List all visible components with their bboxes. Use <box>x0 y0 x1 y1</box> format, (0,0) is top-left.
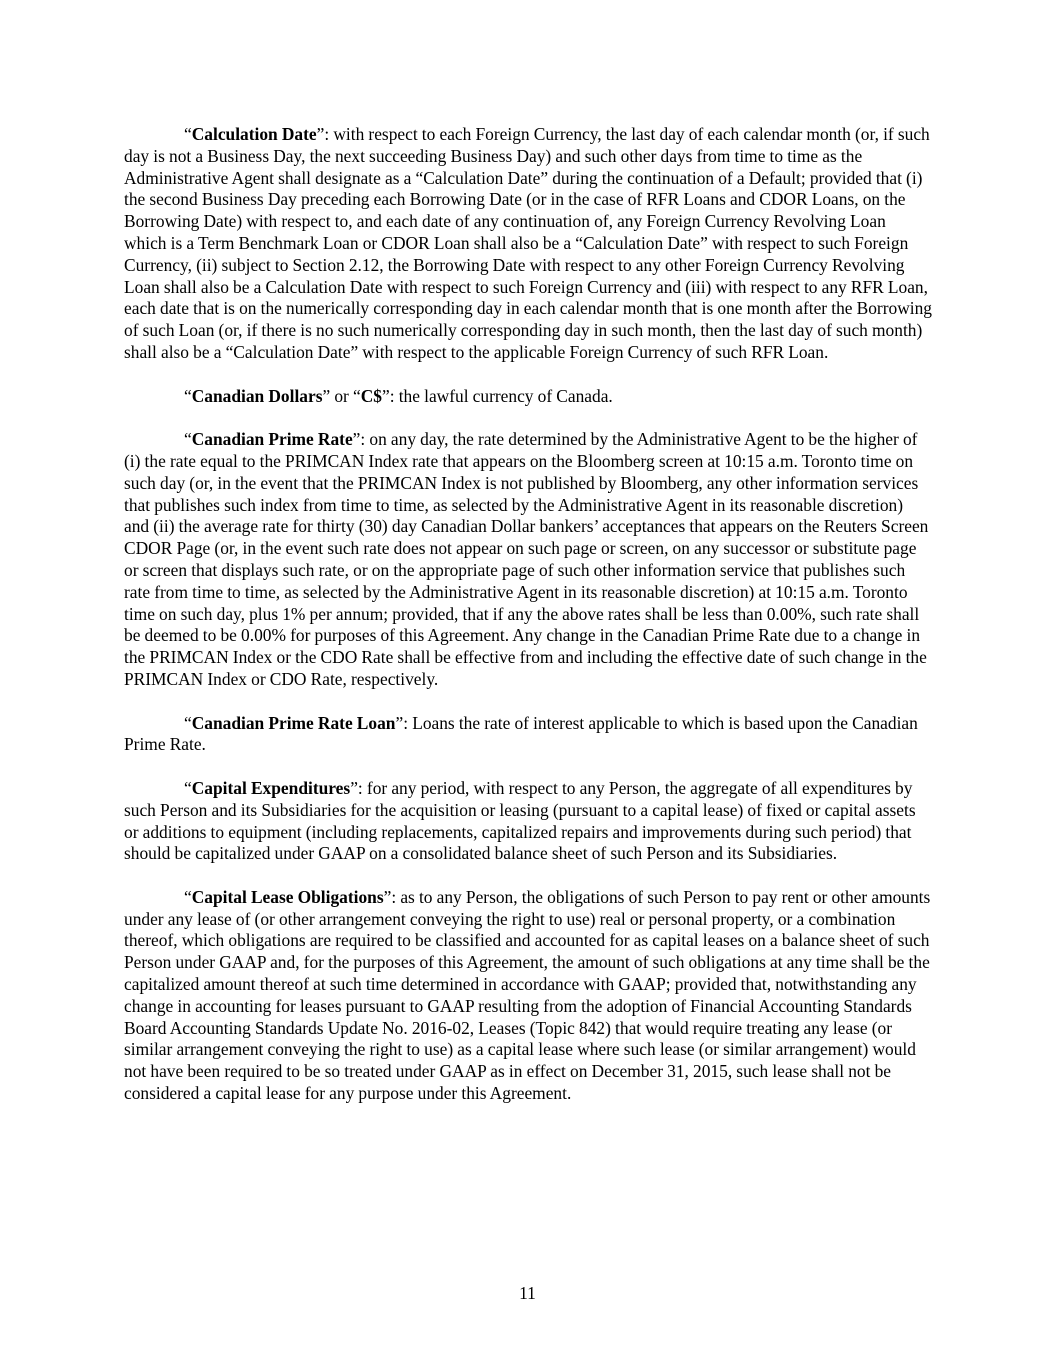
close-quote: ” <box>350 778 358 798</box>
defined-term: Calculation Date <box>192 124 317 144</box>
defined-term: Capital Lease Obligations <box>192 887 384 907</box>
defined-term: Capital Expenditures <box>192 778 350 798</box>
definition-body: : the lawful currency of Canada. <box>390 386 613 406</box>
open-quote: “ <box>184 887 192 907</box>
connector-text: or “ <box>330 386 361 406</box>
definition-calculation-date: “Calculation Date”: with respect to each… <box>124 124 932 364</box>
page-number: 11 <box>0 1282 1055 1304</box>
open-quote: “ <box>184 429 192 449</box>
definition-body: : as to any Person, the obligations of s… <box>124 887 930 1103</box>
definition-capital-lease-obligations: “Capital Lease Obligations”: as to any P… <box>124 887 932 1105</box>
open-quote: “ <box>184 778 192 798</box>
definition-capital-expenditures: “Capital Expenditures”: for any period, … <box>124 778 932 865</box>
close-quote: ” <box>382 386 390 406</box>
defined-term-alt: C$ <box>361 386 382 406</box>
document-page: “Calculation Date”: with respect to each… <box>124 124 932 1127</box>
definition-canadian-prime-rate: “Canadian Prime Rate”: on any day, the r… <box>124 429 932 691</box>
open-quote: “ <box>184 386 192 406</box>
definition-canadian-prime-rate-loan: “Canadian Prime Rate Loan”: Loans the ra… <box>124 713 932 757</box>
open-quote: “ <box>184 713 192 733</box>
defined-term: Canadian Dollars <box>192 386 323 406</box>
defined-term: Canadian Prime Rate Loan <box>192 713 396 733</box>
definition-body: : with respect to each Foreign Currency,… <box>124 124 932 362</box>
definition-canadian-dollars: “Canadian Dollars” or “C$”: the lawful c… <box>124 386 932 408</box>
definition-body: : on any day, the rate determined by the… <box>124 429 928 689</box>
defined-term: Canadian Prime Rate <box>192 429 353 449</box>
open-quote: “ <box>184 124 192 144</box>
